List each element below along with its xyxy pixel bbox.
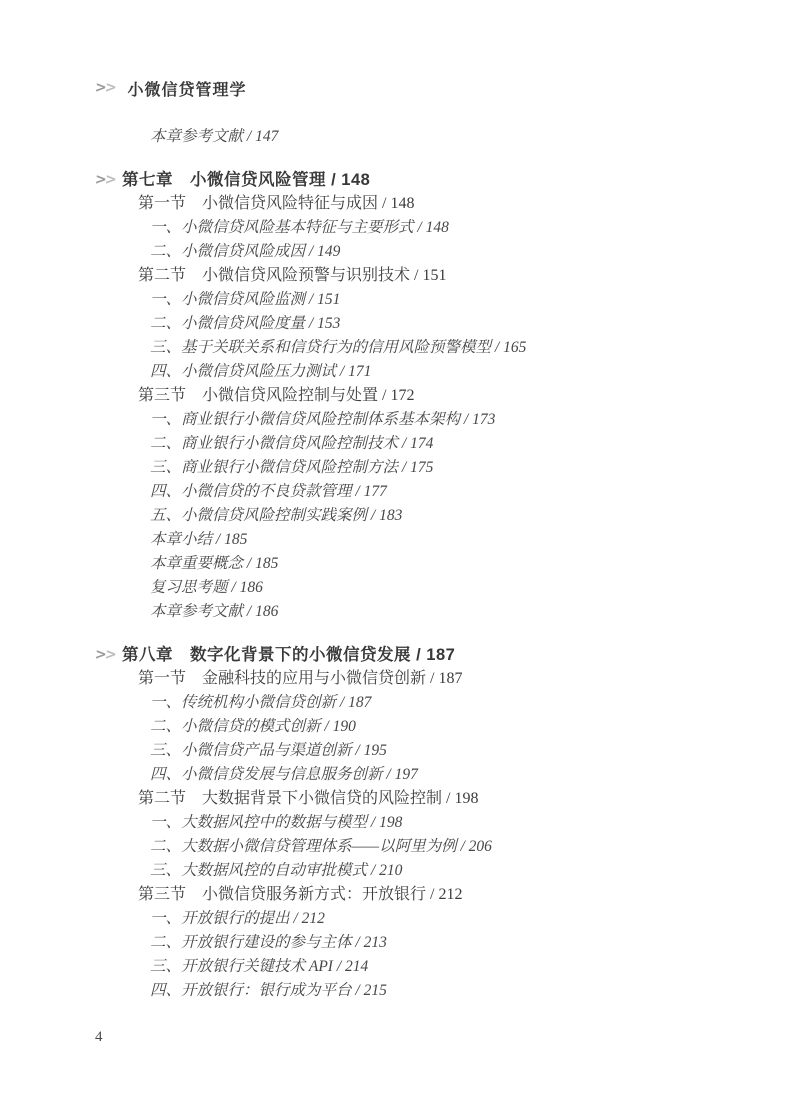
toc-page-number: 210	[379, 862, 402, 879]
toc-separator: /	[228, 579, 240, 596]
toc-entry-chapter: >>第八章 数字化背景下的小微信贷发展 / 187	[0, 643, 799, 667]
toc-page-number: 186	[240, 579, 263, 596]
toc-entry-title: 第二节 小微信贷风险预警与识别技术	[138, 267, 410, 284]
toc-entry-sub: 二、大数据小微信贷管理体系——以阿里为例 / 206	[0, 835, 799, 859]
toc-separator: /	[352, 483, 364, 500]
toc-separator: /	[243, 603, 255, 620]
toc-entry-section: 第一节 金融科技的应用与小微信贷创新 / 187	[0, 667, 799, 691]
toc-page-number: 153	[317, 315, 340, 332]
toc-entry-title: 三、商业银行小微信贷风险控制方法	[150, 459, 398, 476]
toc-separator: /	[352, 742, 364, 759]
toc-separator: /	[398, 435, 410, 452]
toc-entry-title: 复习思考题	[150, 579, 228, 596]
toc-page-number: 213	[364, 934, 387, 951]
toc-separator: /	[333, 958, 345, 975]
toc-entry-title: 一、开放银行的提出	[150, 910, 290, 927]
toc-entry-section: 第一节 小微信贷风险特征与成因 / 148	[0, 192, 799, 216]
toc-page-number: 151	[422, 267, 446, 284]
toc-page-number: 174	[410, 435, 433, 452]
toc-separator: /	[326, 171, 341, 189]
toc-separator: /	[290, 910, 302, 927]
toc-page-number: 198	[454, 790, 478, 807]
chevron-glyph: >	[104, 173, 118, 188]
toc-page-number: 212	[438, 886, 462, 903]
toc-entry-title: 二、小微信贷风险度量	[150, 315, 305, 332]
toc-entry-title: 第一节 金融科技的应用与小微信贷创新	[138, 670, 426, 687]
toc-entry-sub: 二、小微信贷的模式创新 / 190	[0, 715, 799, 739]
toc-separator: /	[411, 646, 426, 664]
toc-entry-sub: 三、大数据风控的自动审批模式 / 210	[0, 859, 799, 883]
toc-entry-chapter: >>第七章 小微信贷风险管理 / 148	[0, 168, 799, 192]
toc-page-number: 148	[426, 219, 449, 236]
toc-entry-title: 三、大数据风控的自动审批模式	[150, 862, 367, 879]
toc-entry-sub: 二、商业银行小微信贷风险控制技术 / 174	[0, 432, 799, 456]
toc-entry-section: 第二节 大数据背景下小微信贷的风险控制 / 198	[0, 787, 799, 811]
toc-entry-title: 四、小微信贷发展与信息服务创新	[150, 766, 383, 783]
book-toc-page: >> 小微信贷管理学 本章参考文献 / 147>>第七章 小微信贷风险管理 / …	[0, 0, 799, 1114]
toc-separator: /	[491, 339, 503, 356]
toc-entry-section: 第二节 小微信贷风险预警与识别技术 / 151	[0, 264, 799, 288]
toc-entry-title: 一、小微信贷风险基本特征与主要形式	[150, 219, 414, 236]
toc-entry-title: 二、商业银行小微信贷风险控制技术	[150, 435, 398, 452]
toc-page-number: 206	[469, 838, 492, 855]
toc-separator: /	[398, 459, 410, 476]
toc-entry-sub: 三、小微信贷产品与渠道创新 / 195	[0, 739, 799, 763]
toc-page-number: 148	[341, 171, 370, 189]
toc-page-number: 151	[317, 291, 340, 308]
toc-entry-sub: 本章参考文献 / 186	[0, 600, 799, 624]
toc-entry-title: 二、小微信贷的模式创新	[150, 718, 321, 735]
toc-separator: /	[305, 291, 317, 308]
toc-entry-title: 四、小微信贷的不良贷款管理	[150, 483, 352, 500]
toc-page-number: 197	[395, 766, 418, 783]
toc-entry-sub: 本章重要概念 / 185	[0, 552, 799, 576]
toc-entry-sub: 三、商业银行小微信贷风险控制方法 / 175	[0, 456, 799, 480]
chevron-glyph: >	[104, 648, 118, 663]
toc-entry-section: 第三节 小微信贷风险控制与处置 / 172	[0, 384, 799, 408]
toc-page-number: 183	[379, 507, 402, 524]
toc-entry-title: 第三节 小微信贷风险控制与处置	[138, 387, 378, 404]
toc-entry-sub: 四、小微信贷风险压力测试 / 171	[0, 360, 799, 384]
toc-entry-sub: 一、商业银行小微信贷风险控制体系基本架构 / 173	[0, 408, 799, 432]
toc-entry-title: 三、小微信贷产品与渠道创新	[150, 742, 352, 759]
toc-entry-title: 二、开放银行建设的参与主体	[150, 934, 352, 951]
toc-page-number: 185	[255, 555, 278, 572]
toc-page-number: 149	[317, 243, 340, 260]
toc-entry-sub: 本章参考文献 / 147	[0, 125, 799, 149]
toc-separator: /	[378, 387, 390, 404]
toc-entry-title: 第八章 数字化背景下的小微信贷发展	[122, 646, 411, 664]
toc-separator: /	[336, 363, 348, 380]
toc-page-number: 147	[255, 128, 278, 145]
toc-entry-sub: 四、小微信贷的不良贷款管理 / 177	[0, 480, 799, 504]
toc-entry-title: 一、传统机构小微信贷创新	[150, 694, 336, 711]
toc-page-number: 187	[348, 694, 371, 711]
toc-separator: /	[367, 862, 379, 879]
toc-page-number: 165	[503, 339, 526, 356]
toc-separator: /	[442, 790, 454, 807]
double-chevron-icon: >>	[95, 173, 117, 187]
toc-entry-title: 二、小微信贷风险成因	[150, 243, 305, 260]
toc-entry-title: 本章参考文献	[150, 603, 243, 620]
toc-entry-sub: 一、开放银行的提出 / 212	[0, 907, 799, 931]
book-title: 小微信贷管理学	[127, 77, 246, 100]
toc-separator: /	[426, 886, 438, 903]
toc-page-number: 214	[345, 958, 368, 975]
toc-page-number: 171	[348, 363, 371, 380]
toc-entry-sub: 二、开放银行建设的参与主体 / 213	[0, 931, 799, 955]
toc-entry-title: 三、基于关联关系和信贷行为的信用风险预警模型	[150, 339, 491, 356]
toc-entry-sub: 一、传统机构小微信贷创新 / 187	[0, 691, 799, 715]
toc-page-number: 186	[255, 603, 278, 620]
double-chevron-icon: >>	[95, 648, 117, 662]
toc-page-number: 190	[333, 718, 356, 735]
toc-page-number: 172	[390, 387, 414, 404]
toc-entry-title: 三、开放银行关键技术 API	[150, 958, 333, 975]
toc-entry-title: 第三节 小微信贷服务新方式：开放银行	[138, 886, 426, 903]
toc-entry-sub: 一、大数据风控中的数据与模型 / 198	[0, 811, 799, 835]
toc-separator: /	[426, 670, 438, 687]
toc-page-number: 215	[364, 982, 387, 999]
toc-entry-section: 第三节 小微信贷服务新方式：开放银行 / 212	[0, 883, 799, 907]
toc-page-number: 187	[438, 670, 462, 687]
toc-page-number: 198	[379, 814, 402, 831]
toc-entry-title: 一、商业银行小微信贷风险控制体系基本架构	[150, 411, 460, 428]
toc-entry-title: 本章参考文献	[150, 128, 243, 145]
toc-page-number: 175	[410, 459, 433, 476]
toc-entry-sub: 四、开放银行：银行成为平台 / 215	[0, 979, 799, 1003]
toc-entry-sub: 二、小微信贷风险度量 / 153	[0, 312, 799, 336]
toc-entry-title: 本章小结	[150, 531, 212, 548]
toc-separator: /	[336, 694, 348, 711]
toc-separator: /	[378, 195, 390, 212]
toc-entry-sub: 复习思考题 / 186	[0, 576, 799, 600]
toc-page-number: 148	[390, 195, 414, 212]
toc-separator: /	[352, 934, 364, 951]
toc-entry-sub: 本章小结 / 185	[0, 528, 799, 552]
toc-separator: /	[305, 315, 317, 332]
toc-entry-title: 一、大数据风控中的数据与模型	[150, 814, 367, 831]
toc-entry-title: 第二节 大数据背景下小微信贷的风险控制	[138, 790, 442, 807]
toc-separator: /	[410, 267, 422, 284]
toc-separator: /	[243, 555, 255, 572]
toc-list: 本章参考文献 / 147>>第七章 小微信贷风险管理 / 148第一节 小微信贷…	[0, 125, 799, 1003]
toc-entry-title: 第一节 小微信贷风险特征与成因	[138, 195, 378, 212]
running-header: >> 小微信贷管理学	[95, 76, 246, 100]
toc-separator: /	[383, 766, 395, 783]
chevron-glyph: >	[104, 81, 117, 96]
toc-entry-sub: 五、小微信贷风险控制实践案例 / 183	[0, 504, 799, 528]
toc-entry-sub: 一、小微信贷风险基本特征与主要形式 / 148	[0, 216, 799, 240]
toc-entry-sub: 二、小微信贷风险成因 / 149	[0, 240, 799, 264]
toc-page-number: 185	[224, 531, 247, 548]
toc-entry-title: 四、小微信贷风险压力测试	[150, 363, 336, 380]
toc-page-number: 195	[364, 742, 387, 759]
toc-separator: /	[352, 982, 364, 999]
toc-separator: /	[460, 411, 472, 428]
toc-page-number: 187	[426, 646, 455, 664]
toc-separator: /	[212, 531, 224, 548]
toc-separator: /	[305, 243, 317, 260]
toc-separator: /	[457, 838, 469, 855]
toc-separator: /	[414, 219, 426, 236]
toc-entry-sub: 三、开放银行关键技术 API / 214	[0, 955, 799, 979]
toc-entry-title: 一、小微信贷风险监测	[150, 291, 305, 308]
toc-separator: /	[321, 718, 333, 735]
toc-entry-title: 四、开放银行：银行成为平台	[150, 982, 352, 999]
toc-entry-title: 本章重要概念	[150, 555, 243, 572]
toc-entry-sub: 四、小微信贷发展与信息服务创新 / 197	[0, 763, 799, 787]
toc-entry-title: 第七章 小微信贷风险管理	[122, 171, 326, 189]
toc-entry-sub: 三、基于关联关系和信贷行为的信用风险预警模型 / 165	[0, 336, 799, 360]
toc-entry-title: 五、小微信贷风险控制实践案例	[150, 507, 367, 524]
toc-entry-title: 二、大数据小微信贷管理体系——以阿里为例	[150, 838, 457, 855]
toc-separator: /	[367, 814, 379, 831]
toc-page-number: 173	[472, 411, 495, 428]
toc-page-number: 212	[302, 910, 325, 927]
page-number: 4	[95, 1029, 103, 1046]
toc-separator: /	[243, 128, 255, 145]
double-chevron-icon: >>	[95, 81, 116, 95]
toc-entry-sub: 一、小微信贷风险监测 / 151	[0, 288, 799, 312]
toc-separator: /	[367, 507, 379, 524]
toc-page-number: 177	[364, 483, 387, 500]
